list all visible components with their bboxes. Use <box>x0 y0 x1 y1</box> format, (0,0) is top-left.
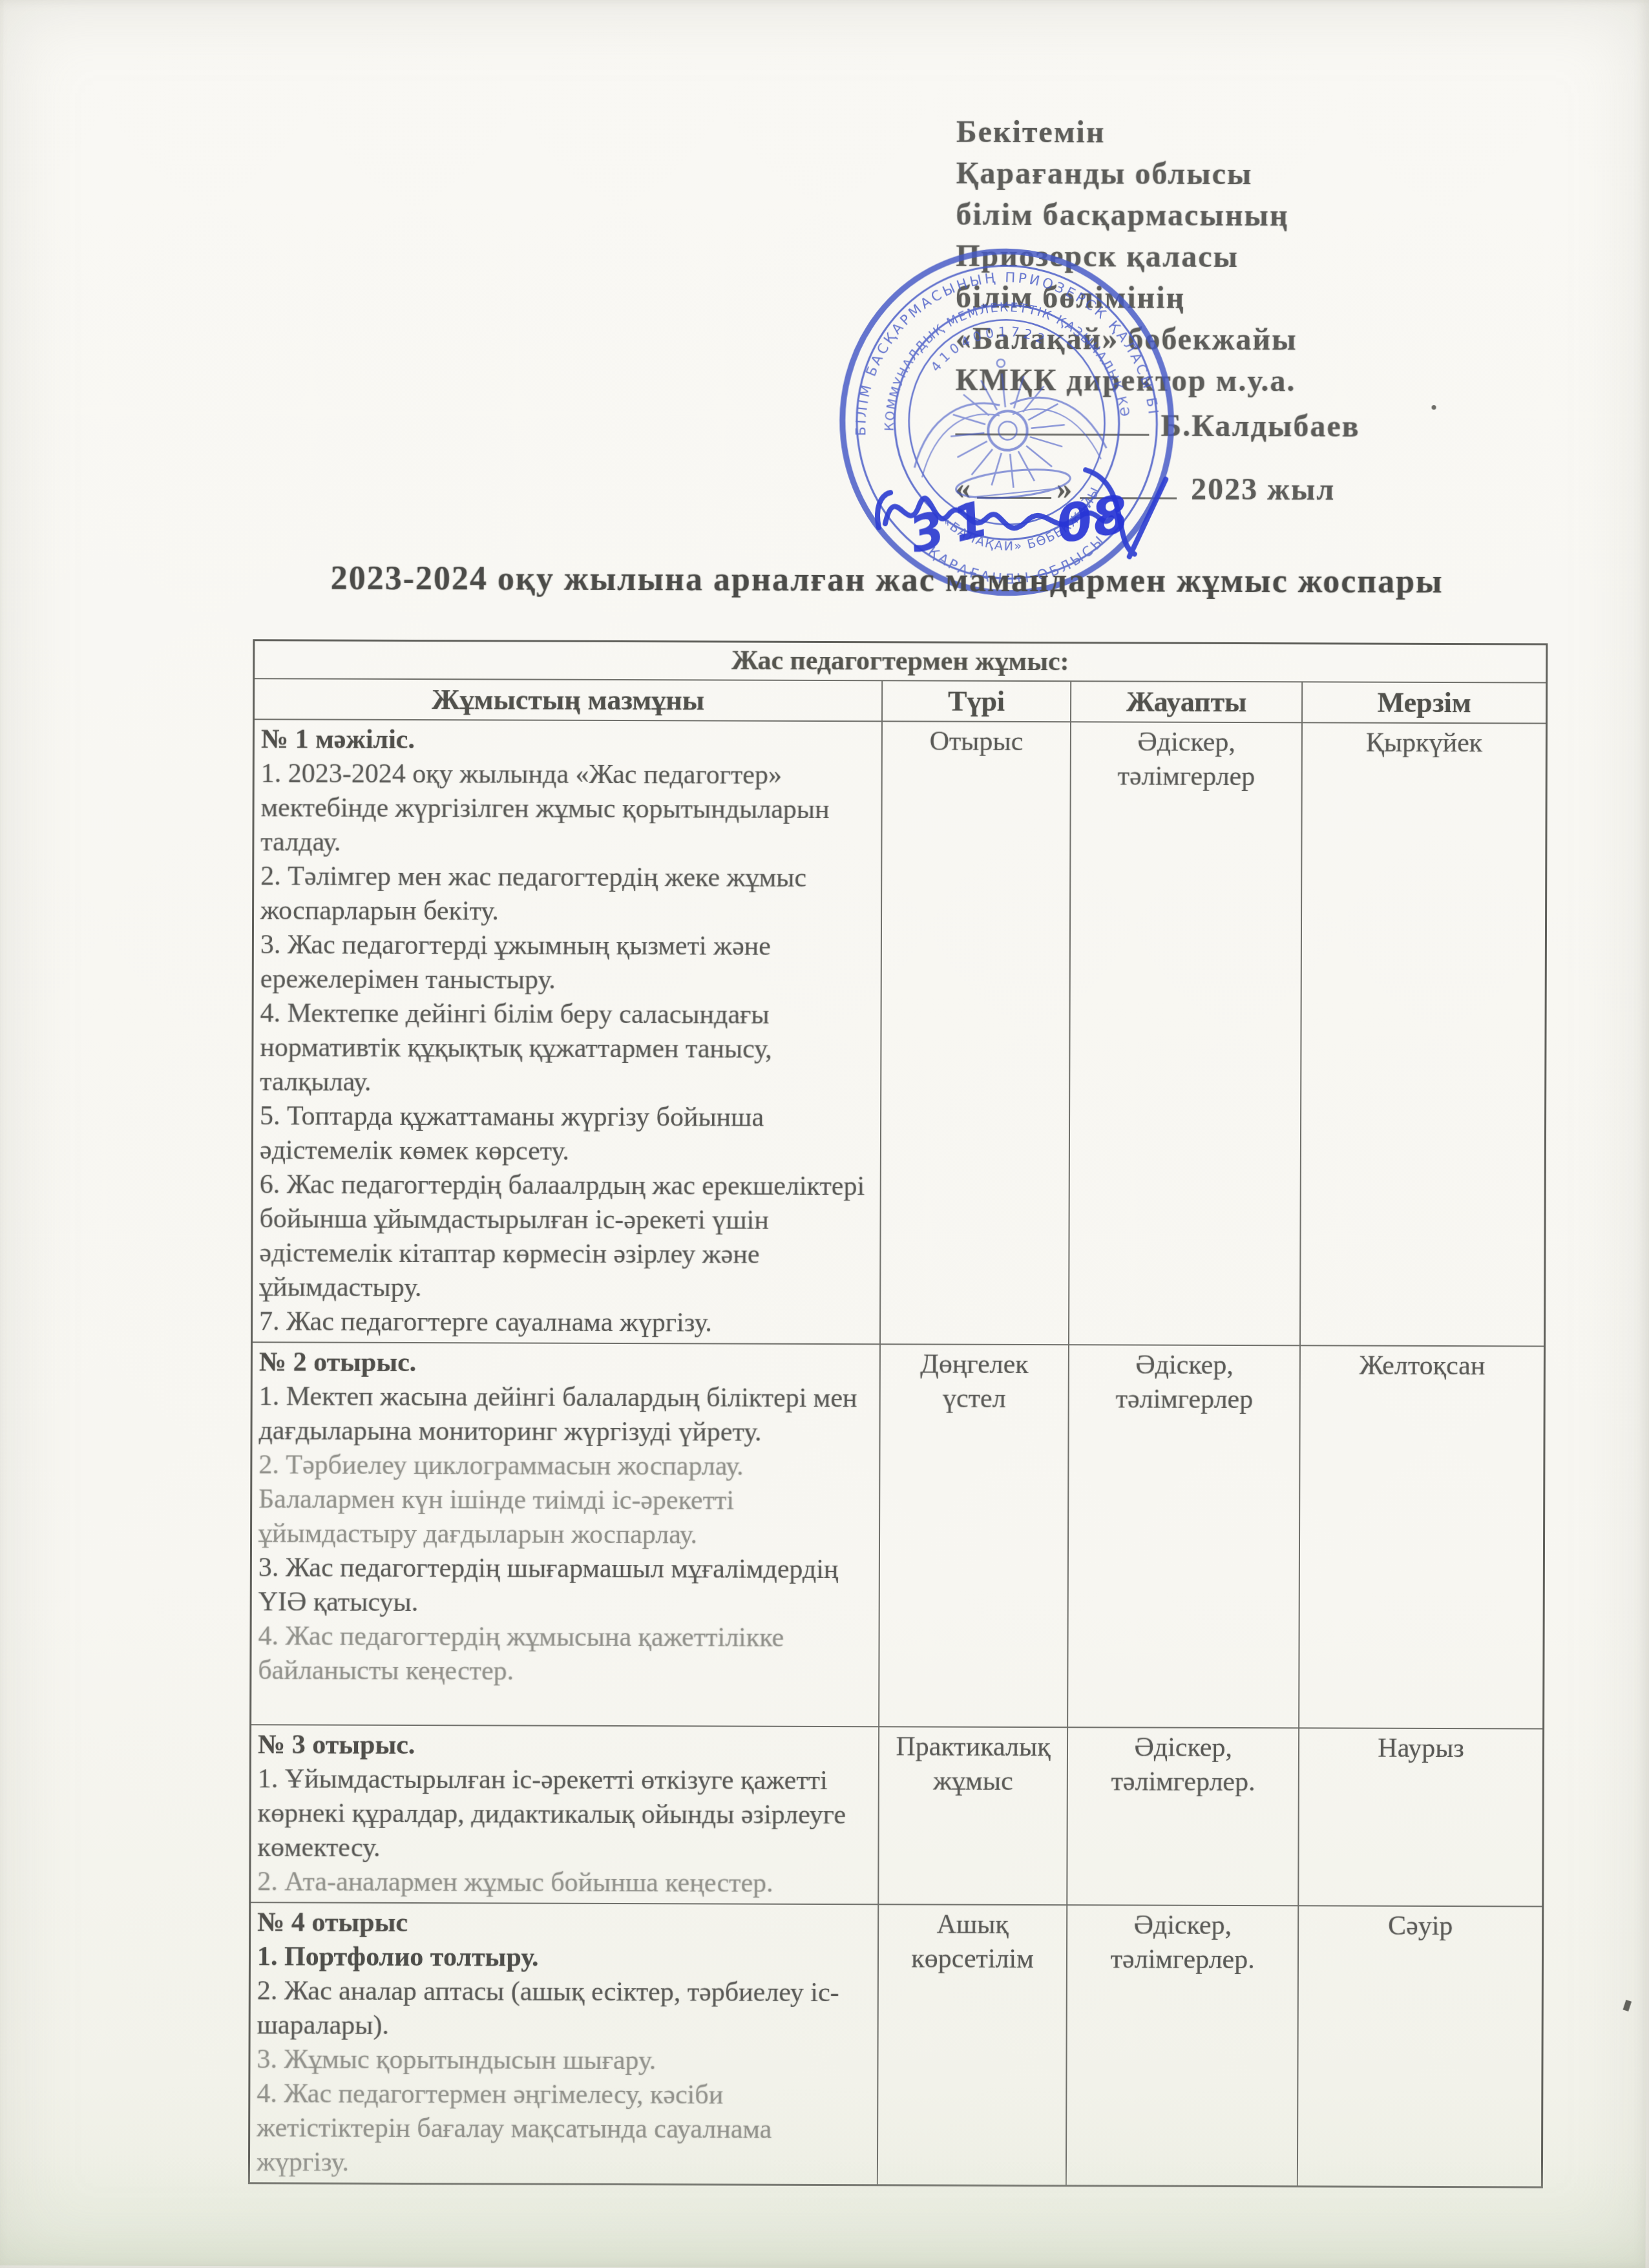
agenda-item: 3. Жұмыс қорытындысын шығару. <box>257 2042 870 2079</box>
agenda-item: 1. 2023-2024 оқу жылында «Жас педагогтер… <box>260 757 874 861</box>
approval-line: Бекітемін <box>956 112 1602 155</box>
table-header-row: Жұмыстың мазмұны Түрі Жауапты Мерзім <box>254 678 1547 723</box>
handwritten-month: 08 <box>1052 483 1133 555</box>
cell-content: № 2 отырыс.1. Мектеп жасына дейінгі бала… <box>251 1342 880 1727</box>
scan-speck <box>1432 405 1436 410</box>
year-text: 2023 жыл <box>1191 472 1335 507</box>
cell-responsible: Әдіскер, тәлімгерлер <box>1069 722 1302 1345</box>
table-row: № 3 отырыс.1. Ұйымдастырылған іс-әрекетт… <box>250 1725 1544 1906</box>
agenda-item: 1. Портфолио толтыру. <box>257 1940 871 1976</box>
stamp-registration-number: 4104001722 <box>924 319 1053 375</box>
cell-type: Отырыс <box>880 721 1071 1345</box>
cell-responsible: Әдіскер, тәлімгерлер. <box>1066 1905 1299 2187</box>
agenda-item: 2. Жас аналар аптасы (ашық есіктер, тәрб… <box>257 1974 871 2044</box>
cell-type: Дөңгелек үстел <box>879 1344 1069 1727</box>
agenda-item: 1. Ұйымдастырылған іс-әрекетті өткізуге … <box>257 1762 871 1867</box>
agenda-item: 2. Тәлімгер мен жас педагогтердің жеке ж… <box>260 859 874 930</box>
scanned-document: { "approval": { "lines": [ "Бекітемін", … <box>0 0 1649 2268</box>
document-sheet: Бекітемін Қарағанды облысы білім басқарм… <box>0 0 1649 2268</box>
approval-line: білім басқармасының <box>956 194 1602 238</box>
agenda-item: 3. Жас педагогтердің шығармашыл мұғалімд… <box>258 1551 872 1621</box>
work-plan-table: Жас педагогтермен жұмыс: Жұмыстың мазмұн… <box>248 639 1548 2188</box>
plan-table-body: № 1 мәжіліс.1. 2023-2024 оқу жылында «Жа… <box>249 719 1546 2187</box>
agenda-item: 1. Мектеп жасына дейінгі балалардың білі… <box>258 1380 872 1450</box>
row-title: № 3 отырыс. <box>258 1728 872 1764</box>
cell-term: Желтоқсан <box>1299 1345 1544 1728</box>
row-title: № 4 отырыс <box>257 1906 871 1942</box>
agenda-item: 5. Топтарда құжаттаманы жүргізу бойынша … <box>260 1099 874 1170</box>
agenda-item: 3. Жас педагогтерді ұжымның қызметі және… <box>260 928 874 998</box>
agenda-item: 2. Тәрбиелеу циклограммасын жоспарлау. Б… <box>258 1448 872 1553</box>
table-row: № 1 мәжіліс.1. 2023-2024 оқу жылында «Жа… <box>251 719 1546 1346</box>
cell-type: Практикалық жұмыс <box>878 1727 1067 1905</box>
col-header-responsible: Жауапты <box>1071 681 1302 722</box>
table-section-row: Жас педагогтермен жұмыс: <box>254 640 1547 683</box>
col-header-content: Жұмыстың мазмұны <box>254 678 883 721</box>
cell-term: Сәуір <box>1297 1906 1543 2187</box>
page-title: 2023-2024 оқу жылына арналған жас маманд… <box>260 559 1514 601</box>
cell-responsible: Әдіскер, тәлімгерлер <box>1067 1345 1300 1728</box>
agenda-item: 4. Мектепке дейінгі білім беру саласында… <box>260 996 874 1101</box>
agenda-item: 2. Ата-аналармен жұмыс бойынша кеңестер. <box>257 1865 871 1901</box>
director-name: Б.Калдыбаев <box>1161 409 1360 444</box>
approval-line: Қарағанды облысы <box>956 153 1602 196</box>
row-title: № 1 мәжіліс. <box>261 722 875 759</box>
agenda-item: 6. Жас педагогтердің балаалрдың жас ерек… <box>259 1168 874 1307</box>
col-header-term: Мерзім <box>1302 682 1546 723</box>
cell-term: Наурыз <box>1299 1728 1544 1906</box>
cell-type: Ашық көрсетілім <box>877 1904 1067 2185</box>
col-header-type: Түрі <box>882 680 1071 722</box>
scan-speck <box>1623 2000 1632 2011</box>
table-row: № 2 отырыс.1. Мектеп жасына дейінгі бала… <box>251 1342 1545 1728</box>
cell-responsible: Әдіскер, тәлімгерлер. <box>1067 1727 1299 1906</box>
cell-content: № 1 мәжіліс.1. 2023-2024 оқу жылында «Жа… <box>251 719 882 1344</box>
agenda-item: 7. Жас педагогтерге сауалнама жүргізу. <box>259 1305 873 1341</box>
agenda-item: 4. Жас педагогтермен әңгімелесу, кәсіби … <box>257 2077 870 2181</box>
cell-content: № 3 отырыс.1. Ұйымдастырылған іс-әрекетт… <box>250 1725 879 1904</box>
cell-content: № 4 отырыс1. Портфолио толтыру.2. Жас ан… <box>249 1902 878 2185</box>
row-title: № 2 отырыс. <box>259 1345 873 1381</box>
agenda-item: 4. Жас педагогтердің жұмысына қажеттілік… <box>258 1619 872 1690</box>
cell-term: Қыркүйек <box>1300 722 1546 1346</box>
table-row: № 4 отырыс1. Портфолио толтыру.2. Жас ан… <box>249 1902 1542 2187</box>
table-section-header: Жас педагогтермен жұмыс: <box>254 640 1547 683</box>
